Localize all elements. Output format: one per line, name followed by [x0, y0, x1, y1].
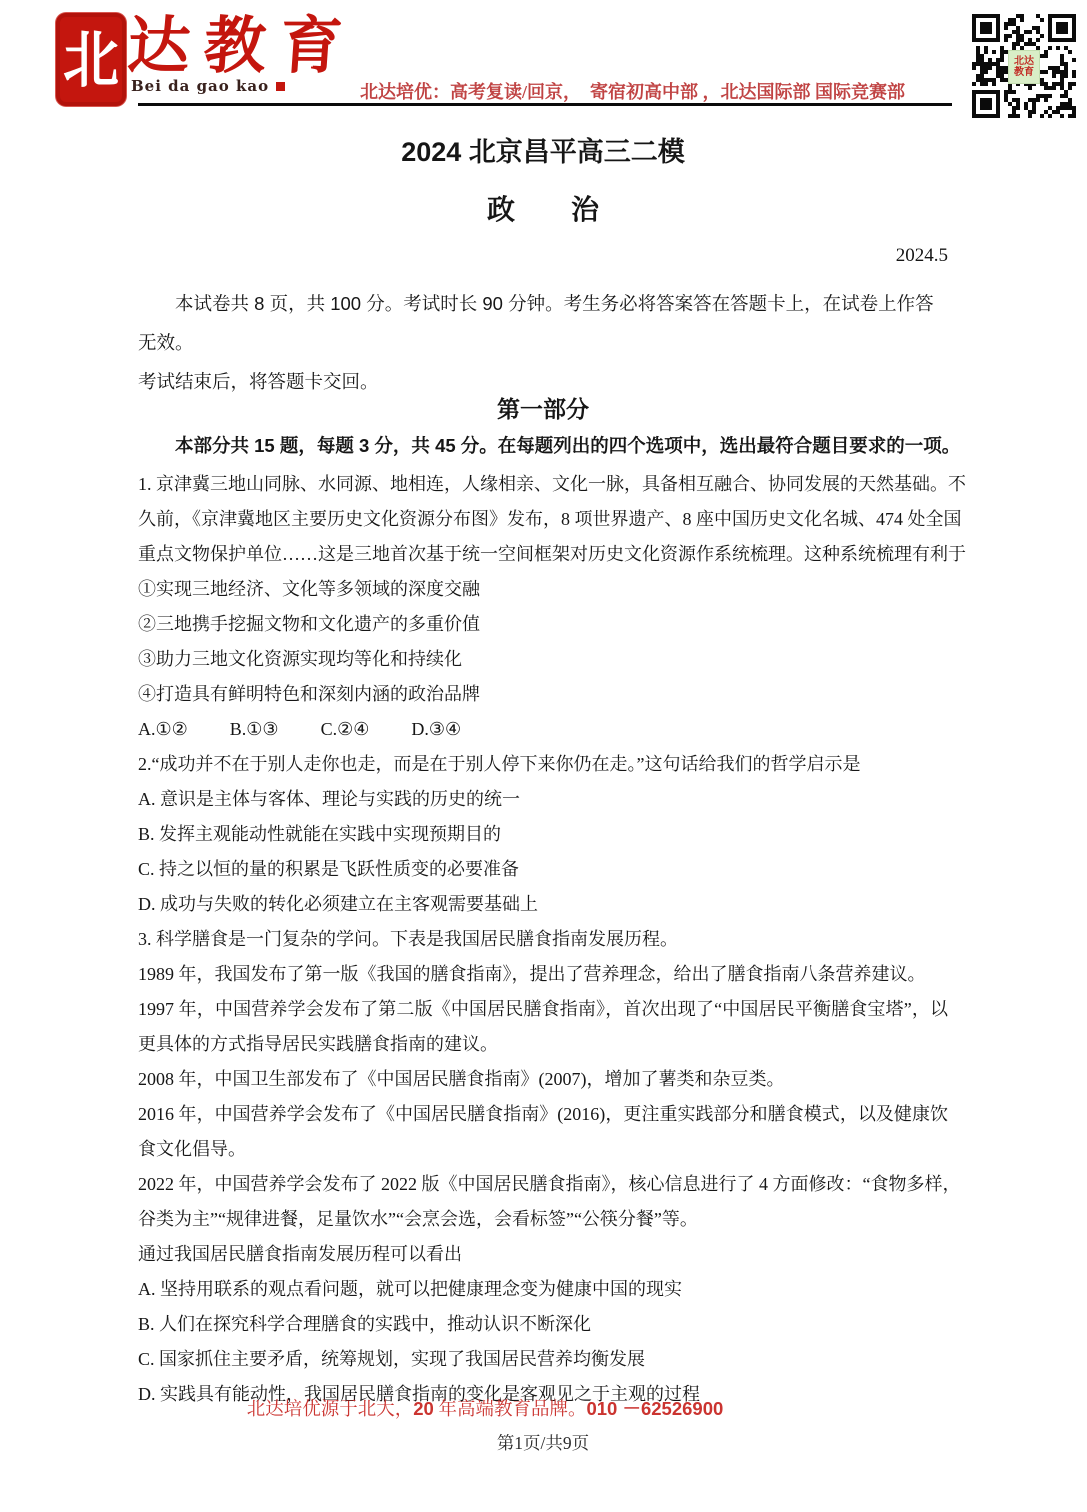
- question-3-timeline-line: 2008 年，中国卫生部发布了《中国居民膳食指南》(2007)，增加了薯类和杂豆…: [138, 1062, 948, 1097]
- exam-page: 北 达教育 Bei da gao kao 北达培优：高考复读/回京， 寄宿初高中…: [0, 0, 1087, 1512]
- promo-phone: 010 －62526900: [586, 1398, 723, 1419]
- document-body: 2024 北京昌平高三二模 政 治 2024.5 本试卷共 8 页，共 100 …: [138, 130, 948, 1412]
- question-1-subitem: ②三地携手挖掘文物和文化遗产的多重价值: [138, 607, 948, 642]
- question-1: 1. 京津冀三地山同脉、水同源、地相连，人缘相亲、文化一脉，具备相互融合、协同发…: [138, 467, 948, 747]
- question-3: 3. 科学膳食是一门复杂的学问。下表是我国居民膳食指南发展历程。 1989 年，…: [138, 922, 948, 1412]
- question-3-timeline-line: 2022 年，中国营养学会发布了 2022 版《中国居民膳食指南》，核心信息进行…: [138, 1167, 948, 1202]
- subject-title: 政 治: [138, 192, 948, 228]
- qr-code: 北达 教育: [971, 12, 1077, 120]
- header-tagline: 北达培优：高考复读/回京， 寄宿初高中部 ，北达国际部 国际竞赛部: [360, 78, 905, 104]
- header: 北 达教育 Bei da gao kao 北达培优：高考复读/回京， 寄宿初高中…: [0, 0, 1087, 130]
- footer-promo: 北达培优源于北大，20 年高端教育品牌。010 －62526900: [80, 1398, 890, 1421]
- instruction-line: 本试卷共 8 页，共 100 分。考试时长 90 分钟。考生务必将答案答在答题卡…: [138, 284, 948, 362]
- brand-subtitle-text: Bei da gao kao: [131, 77, 269, 95]
- question-1-subitem: ①实现三地经济、文化等多领域的深度交融: [138, 572, 948, 607]
- page-title: 2024 北京昌平高三二模: [138, 137, 948, 168]
- exam-instructions: 本试卷共 8 页，共 100 分。考试时长 90 分钟。考生务必将答案答在答题卡…: [138, 284, 948, 401]
- brand-name: 达教育: [125, 6, 431, 86]
- question-3-timeline-line: 更具体的方式指导居民实践膳食指南的建议。: [138, 1027, 948, 1062]
- part1-intro: 本部分共 15 题，每题 3 分，共 45 分。在每题列出的四个选项中，选出最符…: [138, 435, 948, 457]
- qr-label-line1: 北达: [1014, 56, 1034, 67]
- question-3-option-a: A. 坚持用联系的观点看问题，就可以把健康理念变为健康中国的现实: [138, 1272, 948, 1307]
- question-1-subitem: ④打造具有鲜明特色和深刻内涵的政治品牌: [138, 677, 948, 712]
- choice-b: B.①③: [230, 719, 279, 739]
- exam-date: 2024.5: [138, 244, 948, 268]
- promo-text: 年高端教育品牌。: [434, 1400, 587, 1420]
- question-1-subitem: ③助力三地文化资源实现均等化和持续化: [138, 642, 948, 677]
- question-1-stem-line: 1. 京津冀三地山同脉、水同源、地相连，人缘相亲、文化一脉，具备相互融合、协同发…: [138, 467, 948, 502]
- header-divider: [138, 103, 952, 106]
- question-2: 2.“成功并不在于别人走你也走，而是在于别人停下来你仍在走。”这句话给我们的哲学…: [138, 747, 948, 922]
- question-1-choices: A.①②B.①③C.②④D.③④: [138, 712, 948, 747]
- question-3-option-c: C. 国家抓住主要矛盾，统筹规划，实现了我国居民营养均衡发展: [138, 1342, 948, 1377]
- red-square-icon: [276, 82, 285, 91]
- question-3-timeline-line: 2016 年，中国营养学会发布了《中国居民膳食指南》(2016)，更注重实践部分…: [138, 1097, 948, 1132]
- brand-seal-logo: 北: [56, 13, 126, 106]
- question-1-stem-line: 久前，《京津冀地区主要历史文化资源分布图》发布，8 项世界遗产、8 座中国历史文…: [138, 502, 948, 537]
- question-2-option-a: A. 意识是主体与客体、理论与实践的历史的统一: [138, 782, 948, 817]
- question-3-timeline-line: 食文化倡导。: [138, 1132, 948, 1167]
- page-number: 第1页/共9页: [138, 1433, 948, 1453]
- choice-c: C.②④: [321, 719, 370, 739]
- footer: 北达培优源于北大，20 年高端教育品牌。010 －62526900 第1页/共9…: [138, 1398, 948, 1453]
- question-3-timeline-line: 1989 年，我国发布了第一版《我国的膳食指南》，提出了营养理念，给出了膳食指南…: [138, 957, 948, 992]
- promo-text: 北达培优源于北大，: [247, 1400, 414, 1420]
- question-3-stem: 3. 科学膳食是一门复杂的学问。下表是我国居民膳食指南发展历程。: [138, 922, 948, 957]
- question-3-timeline-line: 谷类为主”“规律进餐，足量饮水”“会烹会选，会看标签”“公筷分餐”等。: [138, 1202, 948, 1237]
- question-2-option-b: B. 发挥主观能动性就能在实践中实现预期目的: [138, 817, 948, 852]
- promo-text-bold: 20: [413, 1398, 434, 1419]
- seal-character: 北: [63, 29, 119, 91]
- question-3-option-b: B. 人们在探究科学合理膳食的实践中，推动认识不断深化: [138, 1307, 948, 1342]
- question-3-timeline-line: 1997 年，中国营养学会发布了第二版《中国居民膳食指南》，首次出现了“中国居民…: [138, 992, 948, 1027]
- question-2-stem: 2.“成功并不在于别人走你也走，而是在于别人停下来你仍在走。”这句话给我们的哲学…: [138, 747, 948, 782]
- question-2-option-d: D. 成功与失败的转化必须建立在主客观需要基础上: [138, 887, 948, 922]
- question-3-leadout: 通过我国居民膳食指南发展历程可以看出: [138, 1237, 948, 1272]
- qr-center-label: 北达 教育: [1008, 50, 1040, 84]
- qr-label-line2: 教育: [1014, 67, 1034, 78]
- question-1-stem-line: 重点文物保护单位……这是三地首次基于统一空间框架对历史文化资源作系统梳理。这种系…: [138, 537, 948, 572]
- brand-subtitle: Bei da gao kao: [131, 77, 285, 95]
- choice-d: D.③④: [411, 719, 461, 739]
- question-2-option-c: C. 持之以恒的量的积累是飞跃性质变的必要准备: [138, 852, 948, 887]
- choice-a: A.①②: [138, 719, 188, 739]
